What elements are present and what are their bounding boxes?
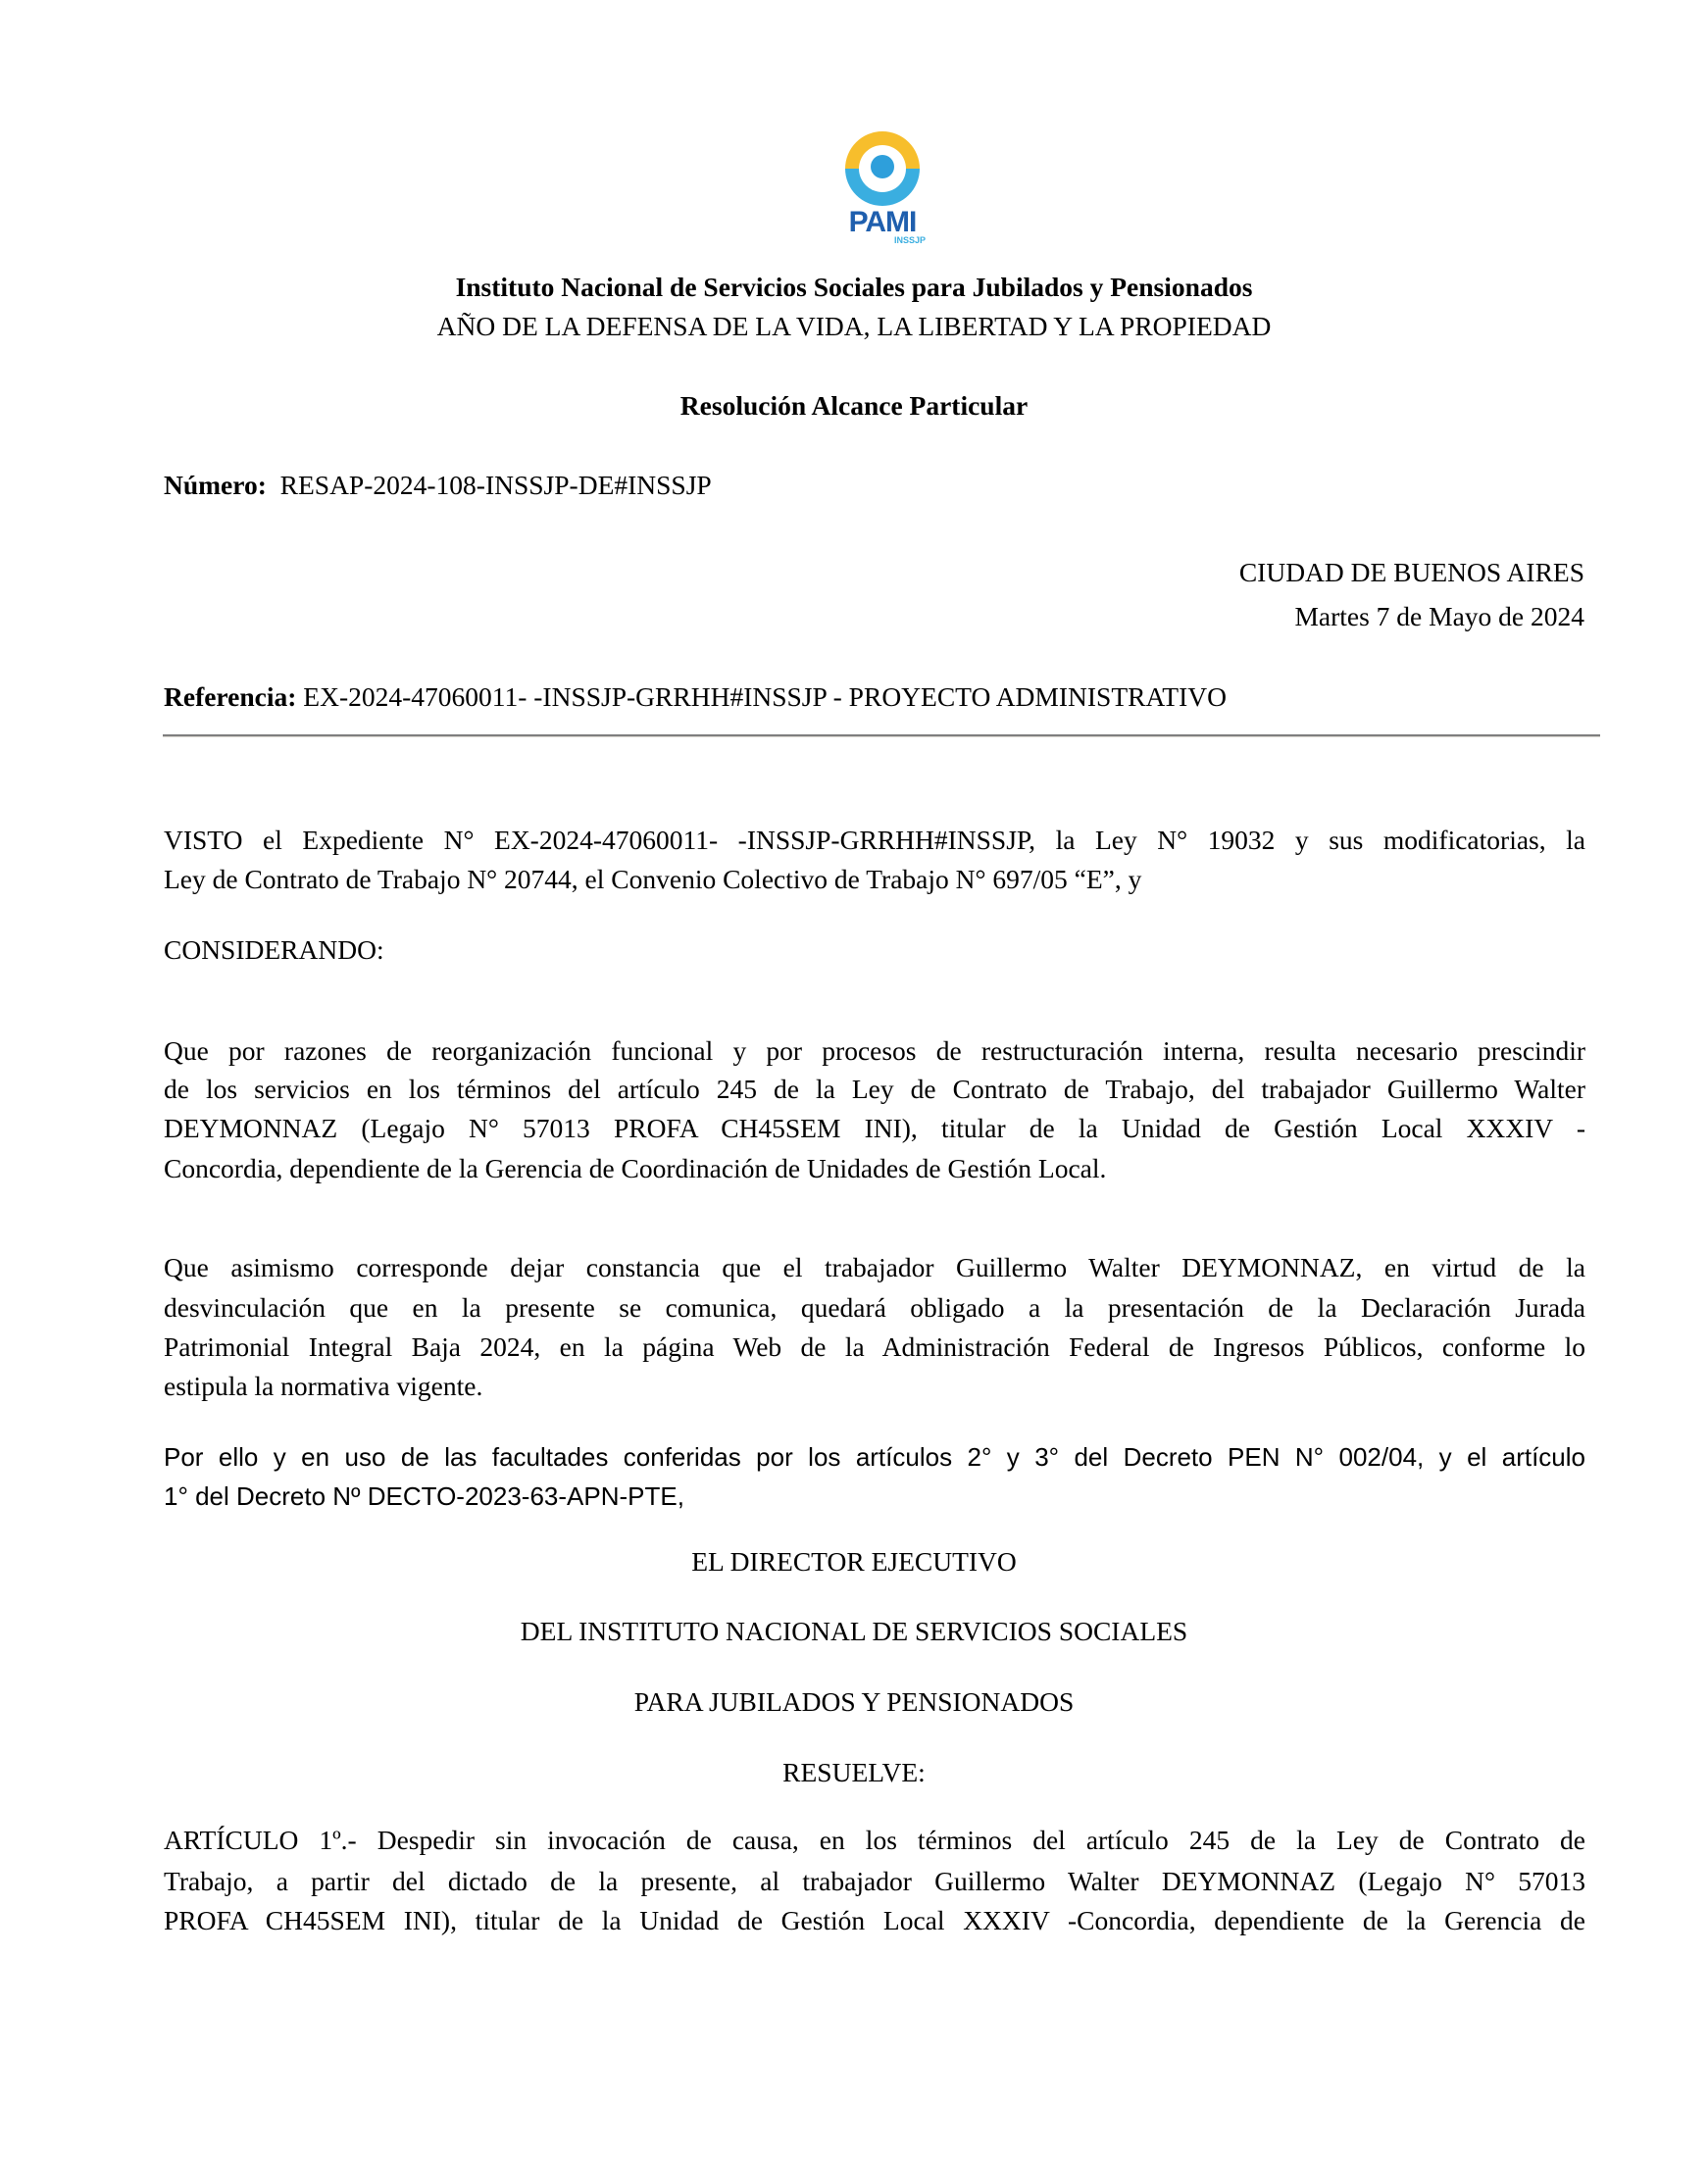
pami-logo: PAMI INSSJP: [833, 129, 931, 245]
authority-line: DEL INSTITUTO NACIONAL DE SERVICIOS SOCI…: [0, 1612, 1708, 1651]
articulo1-line: PROFA CH45SEM INI), titular de la Unidad…: [164, 1901, 1585, 1940]
por-ello-line: Por ello y en uso de las facultades conf…: [164, 1437, 1585, 1477]
number-label: Número:: [164, 470, 267, 500]
que1-line: Concordia, dependiente de la Gerencia de…: [164, 1149, 1585, 1188]
reference-value: EX-2024-47060011- -INSSJP-GRRHH#INSSJP -…: [303, 681, 1227, 712]
que1-line: de los servicios en los términos del art…: [164, 1070, 1585, 1109]
que1-line: Que por razones de reorganización funcio…: [164, 1031, 1585, 1071]
reference: Referencia: EX-2024-47060011- -INSSJP-GR…: [164, 677, 1585, 717]
city: CIUDAD DE BUENOS AIRES: [1239, 553, 1584, 592]
institution-title: Instituto Nacional de Servicios Sociales…: [0, 268, 1708, 307]
visto-line: Ley de Contrato de Trabajo N° 20744, el …: [164, 860, 1585, 899]
que2-line: desvinculación que en la presente se com…: [164, 1288, 1585, 1328]
document-type: Resolución Alcance Particular: [0, 386, 1708, 426]
reference-label: Referencia:: [164, 681, 296, 712]
articulo1-line: Trabajo, a partir del dictado de la pres…: [164, 1862, 1585, 1901]
por-ello-line: 1° del Decreto Nº DECTO-2023-63-APN-PTE,: [164, 1477, 1585, 1516]
que2-line: Que asimismo corresponde dejar constanci…: [164, 1248, 1585, 1287]
que2-line: Patrimonial Integral Baja 2024, en la pá…: [164, 1328, 1585, 1367]
authority-line: EL DIRECTOR EJECUTIVO: [0, 1542, 1708, 1581]
header-separator: [163, 734, 1600, 737]
que2-line: estipula la normativa vigente.: [164, 1367, 1585, 1406]
resolution-number: Número: RESAP-2024-108-INSSJP-DE#INSSJP: [164, 466, 1585, 505]
date: Martes 7 de Mayo de 2024: [1294, 597, 1584, 636]
visto-line: VISTO el Expediente N° EX-2024-47060011-…: [164, 821, 1585, 860]
resuelve-heading: RESUELVE:: [0, 1753, 1708, 1792]
logo-brand: PAMI: [833, 208, 931, 237]
authority-line: PARA JUBILADOS Y PENSIONADOS: [0, 1682, 1708, 1722]
articulo1-line: ARTÍCULO 1º.- Despedir sin invocación de…: [164, 1821, 1585, 1860]
considerando-heading: CONSIDERANDO:: [164, 930, 1585, 970]
que1-line: DEYMONNAZ (Legajo N° 57013 PROFA CH45SEM…: [164, 1109, 1585, 1148]
logo-sub: INSSJP: [863, 235, 926, 245]
year-motto: AÑO DE LA DEFENSA DE LA VIDA, LA LIBERTA…: [0, 307, 1708, 346]
number-value: RESAP-2024-108-INSSJP-DE#INSSJP: [280, 470, 712, 500]
